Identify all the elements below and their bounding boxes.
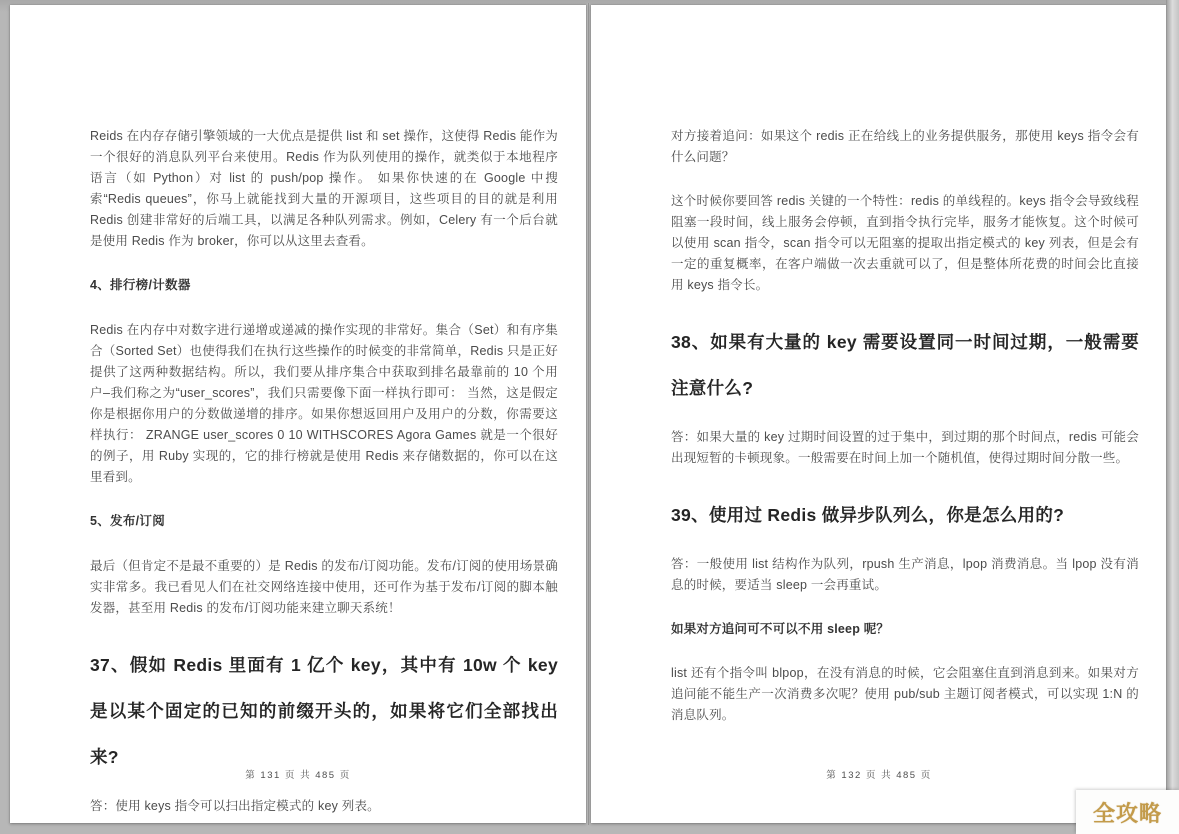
followup-question: 如果对方追问可不可以不用 sleep 呢？ (671, 619, 1139, 640)
watermark-text: 全攻略 (1093, 797, 1162, 828)
paragraph: 答：如果大量的 key 过期时间设置的过于集中，到过期的那个时间点，redis … (671, 427, 1139, 469)
section-subheading: 4、排行榜/计数器 (90, 275, 558, 296)
paragraph: 最后（但肯定不是最不重要的）是 Redis 的发布/订阅功能。发布/订阅的使用场… (90, 556, 558, 619)
page-footer: 第 132 页 共 485 页 (591, 767, 1167, 781)
page-content: 对方接着追问：如果这个 redis 正在给线上的业务提供服务，那使用 keys … (671, 126, 1139, 749)
page-131: Reids 在内存存储引擎领域的一大优点是提供 list 和 set 操作，这使… (10, 5, 586, 823)
paragraph: Redis 在内存中对数字进行递增或递减的操作实现的非常好。集合（Set）和有序… (90, 320, 558, 488)
question-heading: 39、使用过 Redis 做异步队列么，你是怎么用的? (671, 492, 1139, 538)
pages-divider (587, 3, 590, 825)
paragraph: list 还有个指令叫 blpop，在没有消息的时候，它会阻塞住直到消息到来。如… (671, 663, 1139, 726)
paragraph: Reids 在内存存储引擎领域的一大优点是提供 list 和 set 操作，这使… (90, 126, 558, 252)
section-subheading: 5、发布/订阅 (90, 511, 558, 532)
question-heading: 37、假如 Redis 里面有 1 亿个 key，其中有 10w 个 key 是… (90, 642, 558, 780)
question-heading: 38、如果有大量的 key 需要设置同一时间过期，一般需要注意什么? (671, 319, 1139, 411)
paragraph: 对方接着追问：如果这个 redis 正在给线上的业务提供服务，那使用 keys … (671, 126, 1139, 168)
watermark-badge: 全攻略 (1076, 790, 1179, 834)
paragraph: 答：使用 keys 指令可以扫出指定模式的 key 列表。 (90, 796, 558, 817)
page-footer: 第 131 页 共 485 页 (10, 767, 586, 781)
paragraph: 这个时候你要回答 redis 关键的一个特性：redis 的单线程的。keys … (671, 191, 1139, 296)
vertical-scrollbar[interactable] (1166, 0, 1179, 834)
paragraph: 答：一般使用 list 结构作为队列，rpush 生产消息，lpop 消费消息。… (671, 554, 1139, 596)
document-viewer: Reids 在内存存储引擎领域的一大优点是提供 list 和 set 操作，这使… (0, 0, 1179, 834)
page-content: Reids 在内存存储引擎领域的一大优点是提供 list 和 set 操作，这使… (90, 126, 558, 834)
page-132: 对方接着追问：如果这个 redis 正在给线上的业务提供服务，那使用 keys … (591, 5, 1167, 823)
